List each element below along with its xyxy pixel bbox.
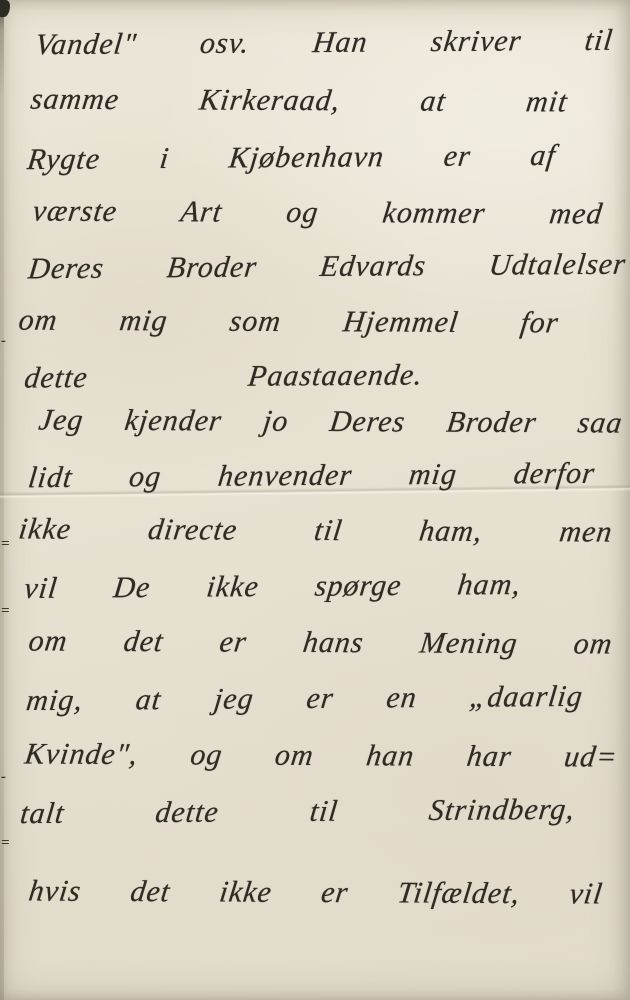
handwriting-line: værste Art og kommer med: [29, 195, 605, 244]
letter-page: Vandel" osv. Han skriver til samme Kirke…: [0, 0, 630, 1000]
handwriting-line: hvis det ikke er Tilfældet, vil: [25, 874, 605, 923]
handwriting-text: Vandel" osv. Han skriver til samme Kirke…: [0, 0, 630, 1000]
handwriting-line: mig, at jeg er en „daarlig: [23, 680, 585, 730]
handwriting-line: om mig som Hjemmel for: [15, 304, 561, 353]
handwriting-line: Kvinde", og om han har ud=: [21, 737, 619, 786]
handwriting-line: talt dette til Strindberg,: [17, 793, 577, 843]
margin-continuation-mark: -: [1, 334, 17, 349]
margin-continuation-mark: =: [1, 604, 17, 619]
margin-continuation-mark: =: [1, 537, 17, 552]
handwriting-line: lidt og henvender mig derfor: [25, 457, 597, 507]
margin-continuation-mark: =: [1, 836, 17, 851]
handwriting-line: Rygte i Kjøbenhavn er af: [24, 139, 558, 189]
margin-continuation-mark: -: [1, 770, 17, 785]
handwriting-line: Vandel" osv. Han skriver til: [32, 24, 615, 75]
handwriting-line: om det er hans Mening om: [25, 624, 615, 673]
handwriting-line: Jeg kjender jo Deres Broder saa: [35, 403, 625, 452]
handwriting-line: ikke directe til ham, men: [15, 512, 614, 561]
handwriting-line: samme Kirkeraad, at mit: [27, 83, 570, 132]
handwriting-line: dette Paastaaende.: [21, 358, 425, 407]
handwriting-line: vil De ikke spørge ham,: [21, 568, 523, 618]
handwriting-line: Deres Broder Edvards Udtalelser: [25, 248, 628, 299]
